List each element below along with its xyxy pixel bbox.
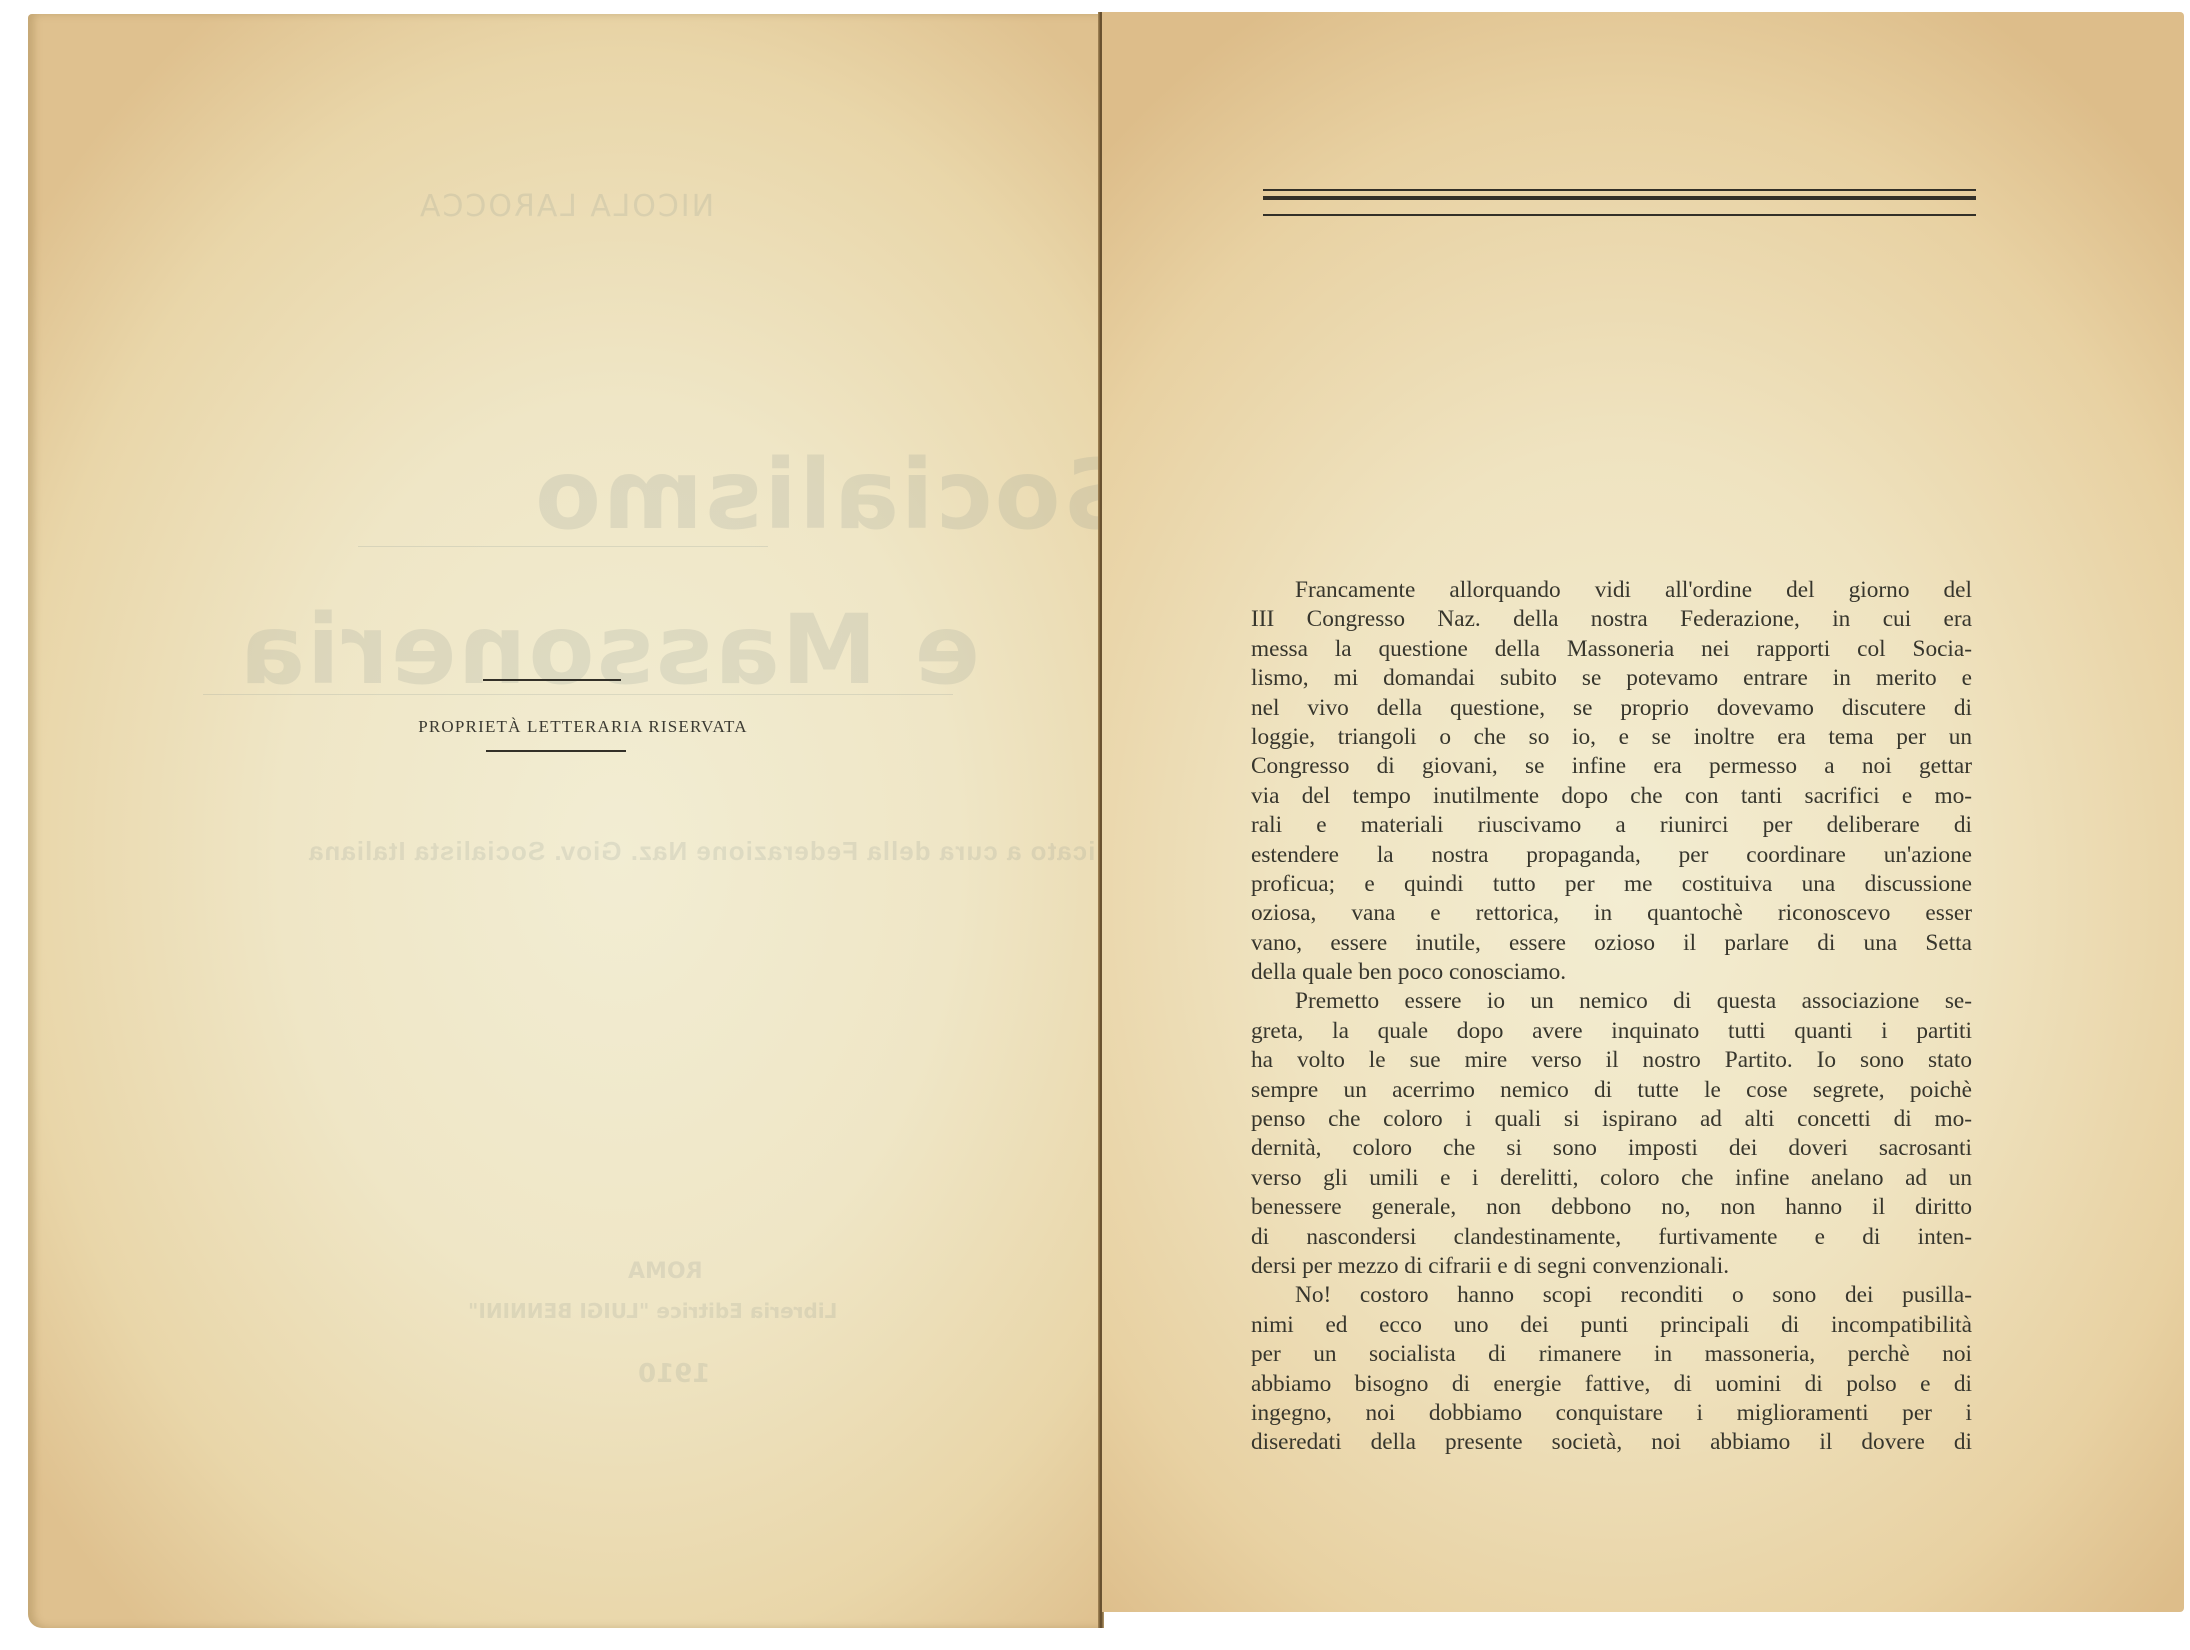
text-line: verso gli umili e i derelitti, coloro ch…	[1251, 1164, 1972, 1193]
label-rule-top	[483, 679, 621, 681]
header-rule-thick	[1263, 196, 1976, 200]
text-line: dernità, coloro che si sono imposti dei …	[1251, 1134, 1972, 1163]
text-line: Francamente allorquando vidi all'ordine …	[1251, 576, 1972, 605]
show-through-year: 1910	[638, 1359, 710, 1389]
text-line: estendere la nostra propaganda, per coor…	[1251, 841, 1972, 870]
text-line: penso che coloro i quali si ispirano ad …	[1251, 1105, 1972, 1134]
text-line: nel vivo della questione, se proprio dov…	[1251, 694, 1972, 723]
text-line: loggie, triangoli o che so io, e se inol…	[1251, 723, 1972, 752]
header-rule-thin-bottom	[1263, 214, 1976, 216]
text-line: della quale ben poco conosciamo.	[1251, 958, 1972, 987]
text-line: di nascondersi clandestinamente, furtiva…	[1251, 1223, 1972, 1252]
text-line: via del tempo inutilmente dopo che con t…	[1251, 782, 1972, 811]
text-line: sempre un acerrimo nemico di tutte le co…	[1251, 1076, 1972, 1105]
text-line: rali e materiali riuscivamo a riunirci p…	[1251, 811, 1972, 840]
show-through-author: NICOLA LAROCCA	[418, 189, 714, 224]
left-page: NICOLA LAROCCA Socialismo e Massoneria P…	[28, 14, 1102, 1628]
show-through-rule	[203, 694, 953, 695]
label-rule-bottom	[486, 750, 626, 752]
header-rule-thin-top	[1263, 189, 1976, 191]
text-line: ha volto le sue mire verso il nostro Par…	[1251, 1046, 1972, 1075]
text-line: vano, essere inutile, essere ozioso il p…	[1251, 929, 1972, 958]
text-line: Congresso di giovani, se infine era perm…	[1251, 752, 1972, 781]
text-line: III Congresso Naz. della nostra Federazi…	[1251, 605, 1972, 634]
text-line: ingegno, noi dobbiamo conquistare i migl…	[1251, 1399, 1972, 1428]
text-line: dersi per mezzo di cifrarii e di segni c…	[1251, 1252, 1972, 1281]
text-line: proficua; e quindi tutto per me costitui…	[1251, 870, 1972, 899]
text-line: messa la questione della Massoneria nei …	[1251, 635, 1972, 664]
show-through-rule	[358, 546, 768, 547]
show-through-title-line1: Socialismo	[533, 439, 1132, 551]
text-line: nimi ed ecco uno dei punti principali di…	[1251, 1311, 1972, 1340]
show-through-subtitle: Pubblicato a cura della Federazione Naz.…	[308, 836, 1173, 867]
body-text: Francamente allorquando vidi all'ordine …	[1251, 576, 1972, 1458]
text-line: No! costoro hanno scopi reconditi o sono…	[1251, 1281, 1972, 1310]
copyright-label: PROPRIETÀ LETTERARIA RISERVATA	[373, 717, 793, 737]
text-line: oziosa, vana e rettorica, in quantochè r…	[1251, 899, 1972, 928]
text-line: benessere generale, non debbono no, non …	[1251, 1193, 1972, 1222]
text-line: per un socialista di rimanere in massone…	[1251, 1340, 1972, 1369]
show-through-publisher: Libreria Editrice "LUIGI BENNINI"	[468, 1299, 837, 1323]
show-through-city: ROMA	[628, 1259, 703, 1284]
text-line: diseredati della presente società, noi a…	[1251, 1428, 1972, 1457]
text-line: Premetto essere io un nemico di questa a…	[1251, 987, 1972, 1016]
text-line: lismo, mi domandai subito se potevamo en…	[1251, 664, 1972, 693]
text-line: abbiamo bisogno di energie fattive, di u…	[1251, 1370, 1972, 1399]
text-line: greta, la quale dopo avere inquinato tut…	[1251, 1017, 1972, 1046]
show-through-title-line2: e Massoneria	[238, 594, 980, 706]
